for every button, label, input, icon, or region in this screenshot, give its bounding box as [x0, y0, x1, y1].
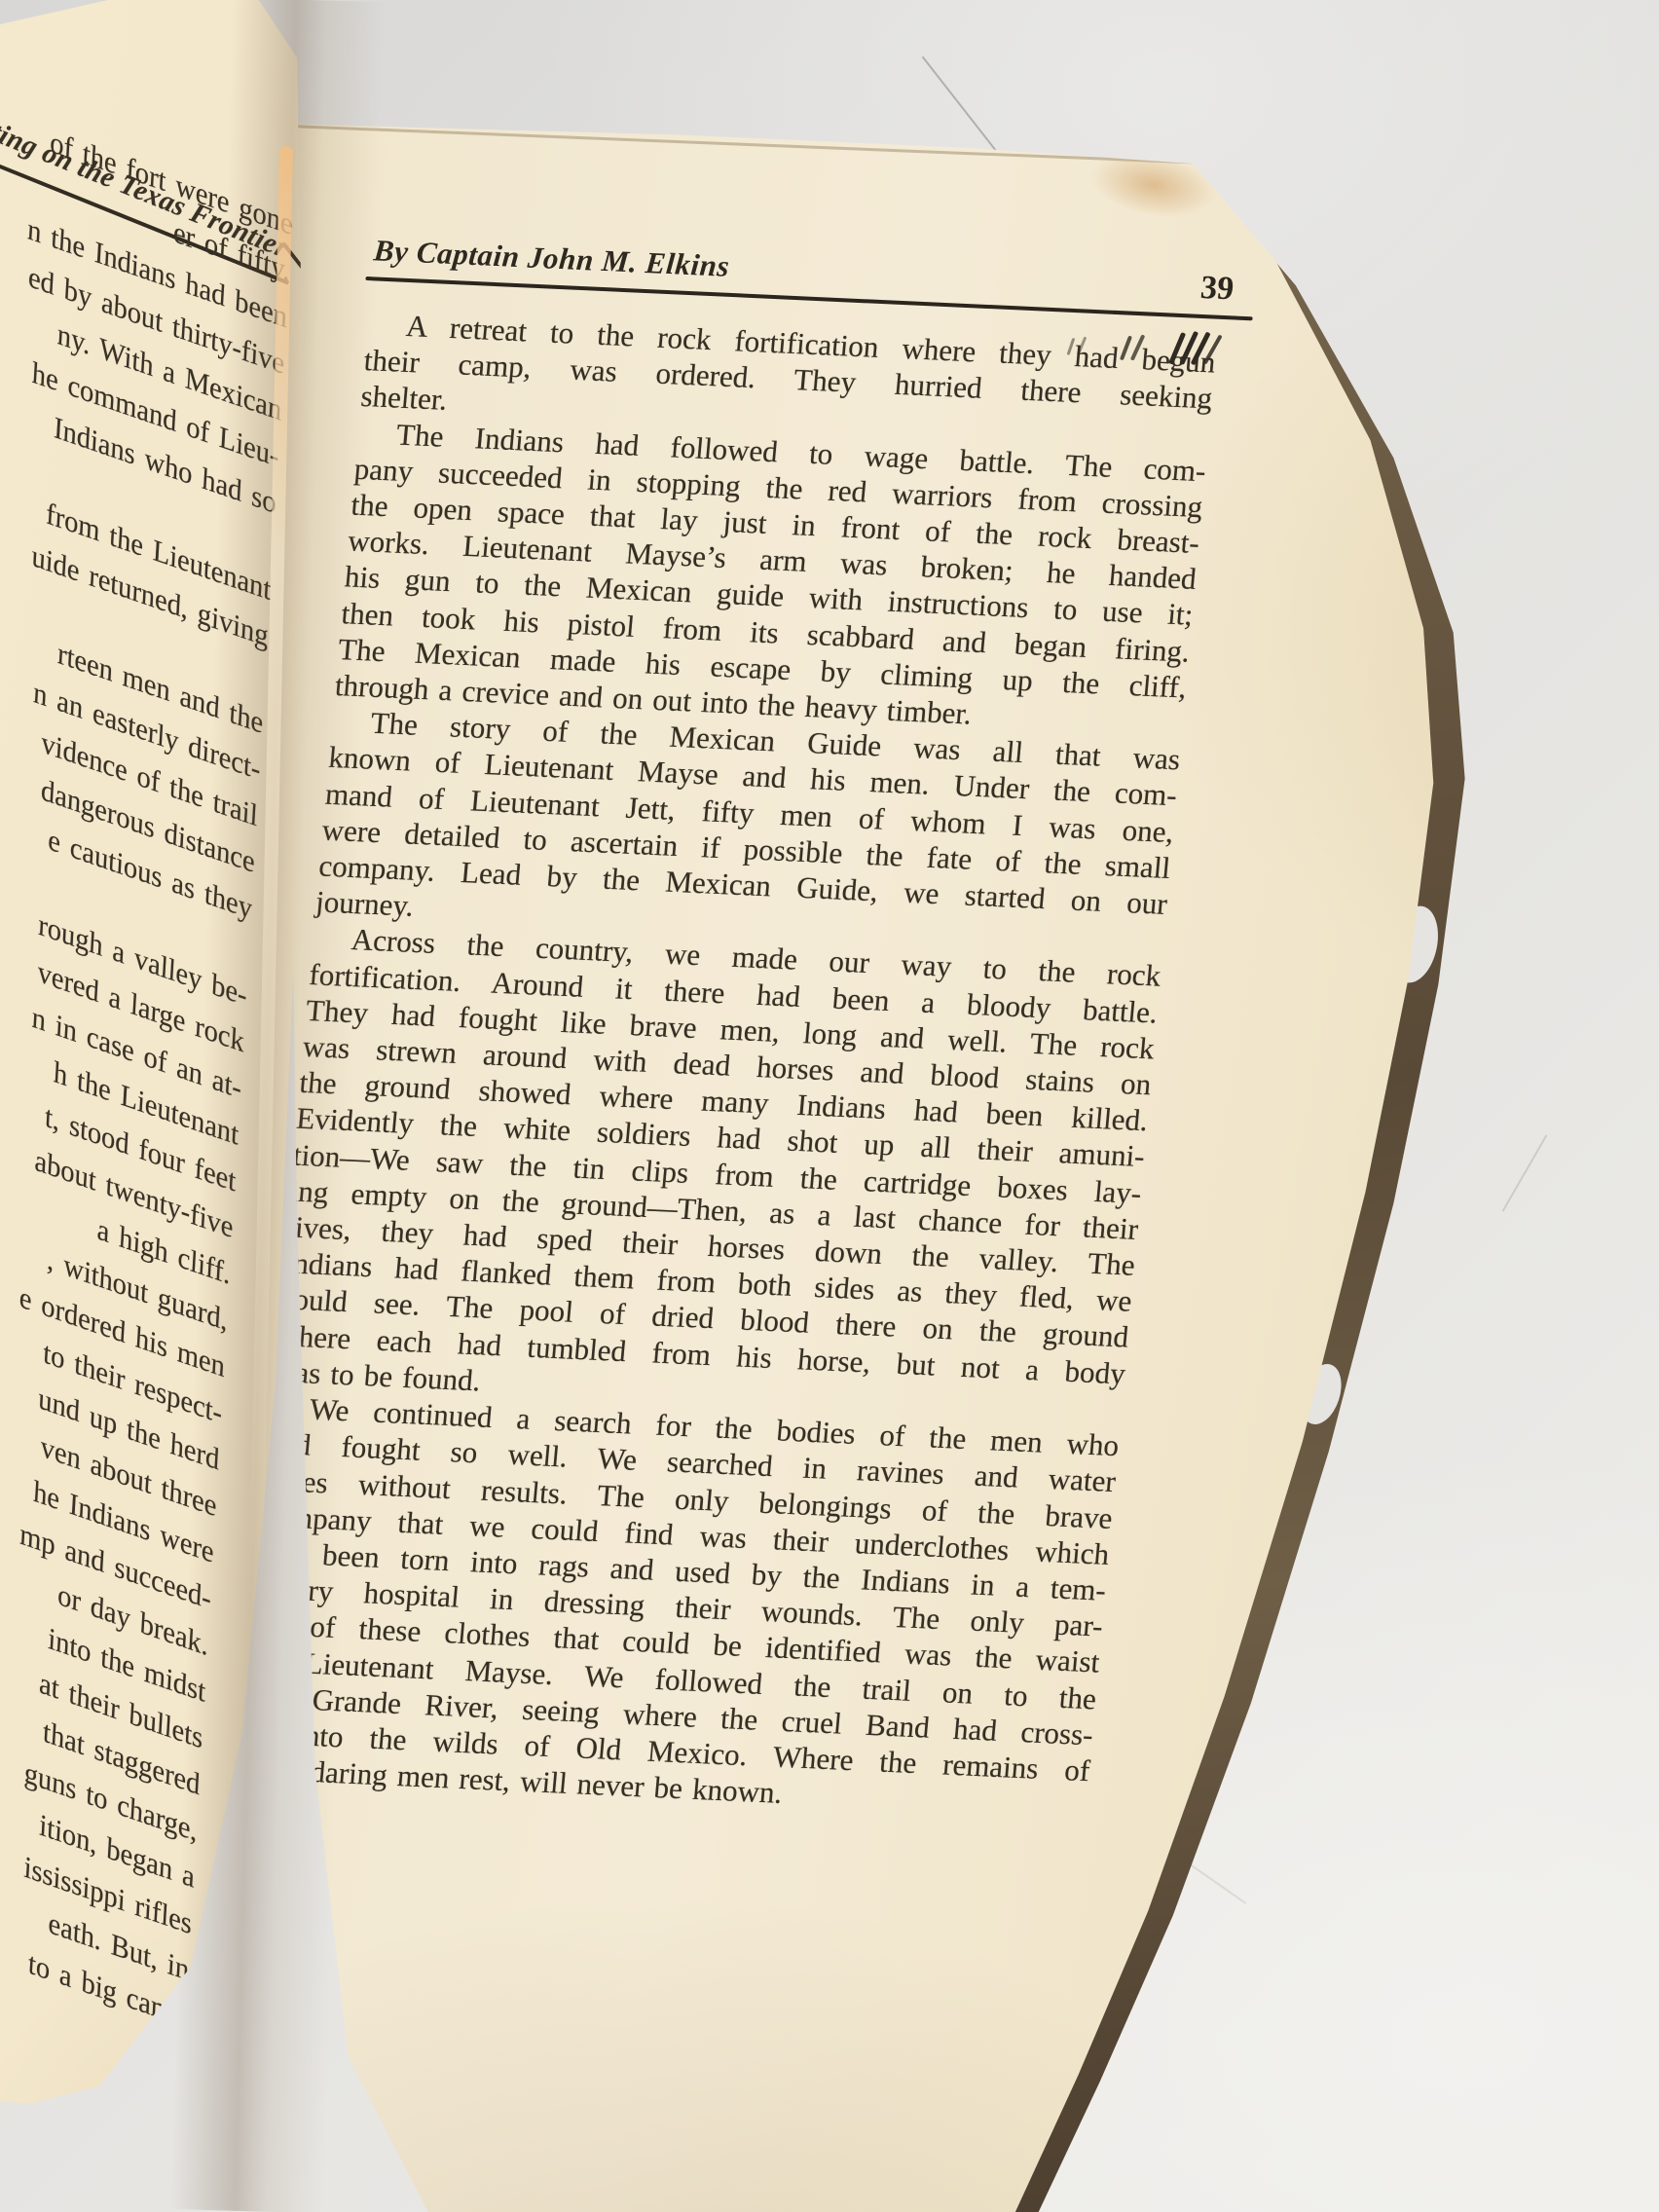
body-text: A retreat to the rock fortification wher…: [237, 306, 1217, 1825]
page-top-edge: [288, 125, 1198, 165]
background-scratch: [922, 56, 999, 154]
byline: By Captain John M. Elkins: [372, 233, 730, 283]
photo-background: By Captain John M. Elkins 39 A retreat t…: [0, 0, 1659, 2212]
background-scratch: [1502, 1135, 1548, 1212]
background-scratch: [1190, 1863, 1246, 1904]
pen-stroke: [1067, 338, 1076, 355]
page-content: By Captain John M. Elkins 39 A retreat t…: [237, 232, 1224, 1825]
corner-stain: [1086, 143, 1221, 227]
page-number: 39: [1199, 270, 1241, 309]
ink-tally-marks-icon: [1065, 324, 1230, 378]
pen-stroke: [1077, 337, 1088, 356]
pen-stroke: [1130, 334, 1146, 360]
